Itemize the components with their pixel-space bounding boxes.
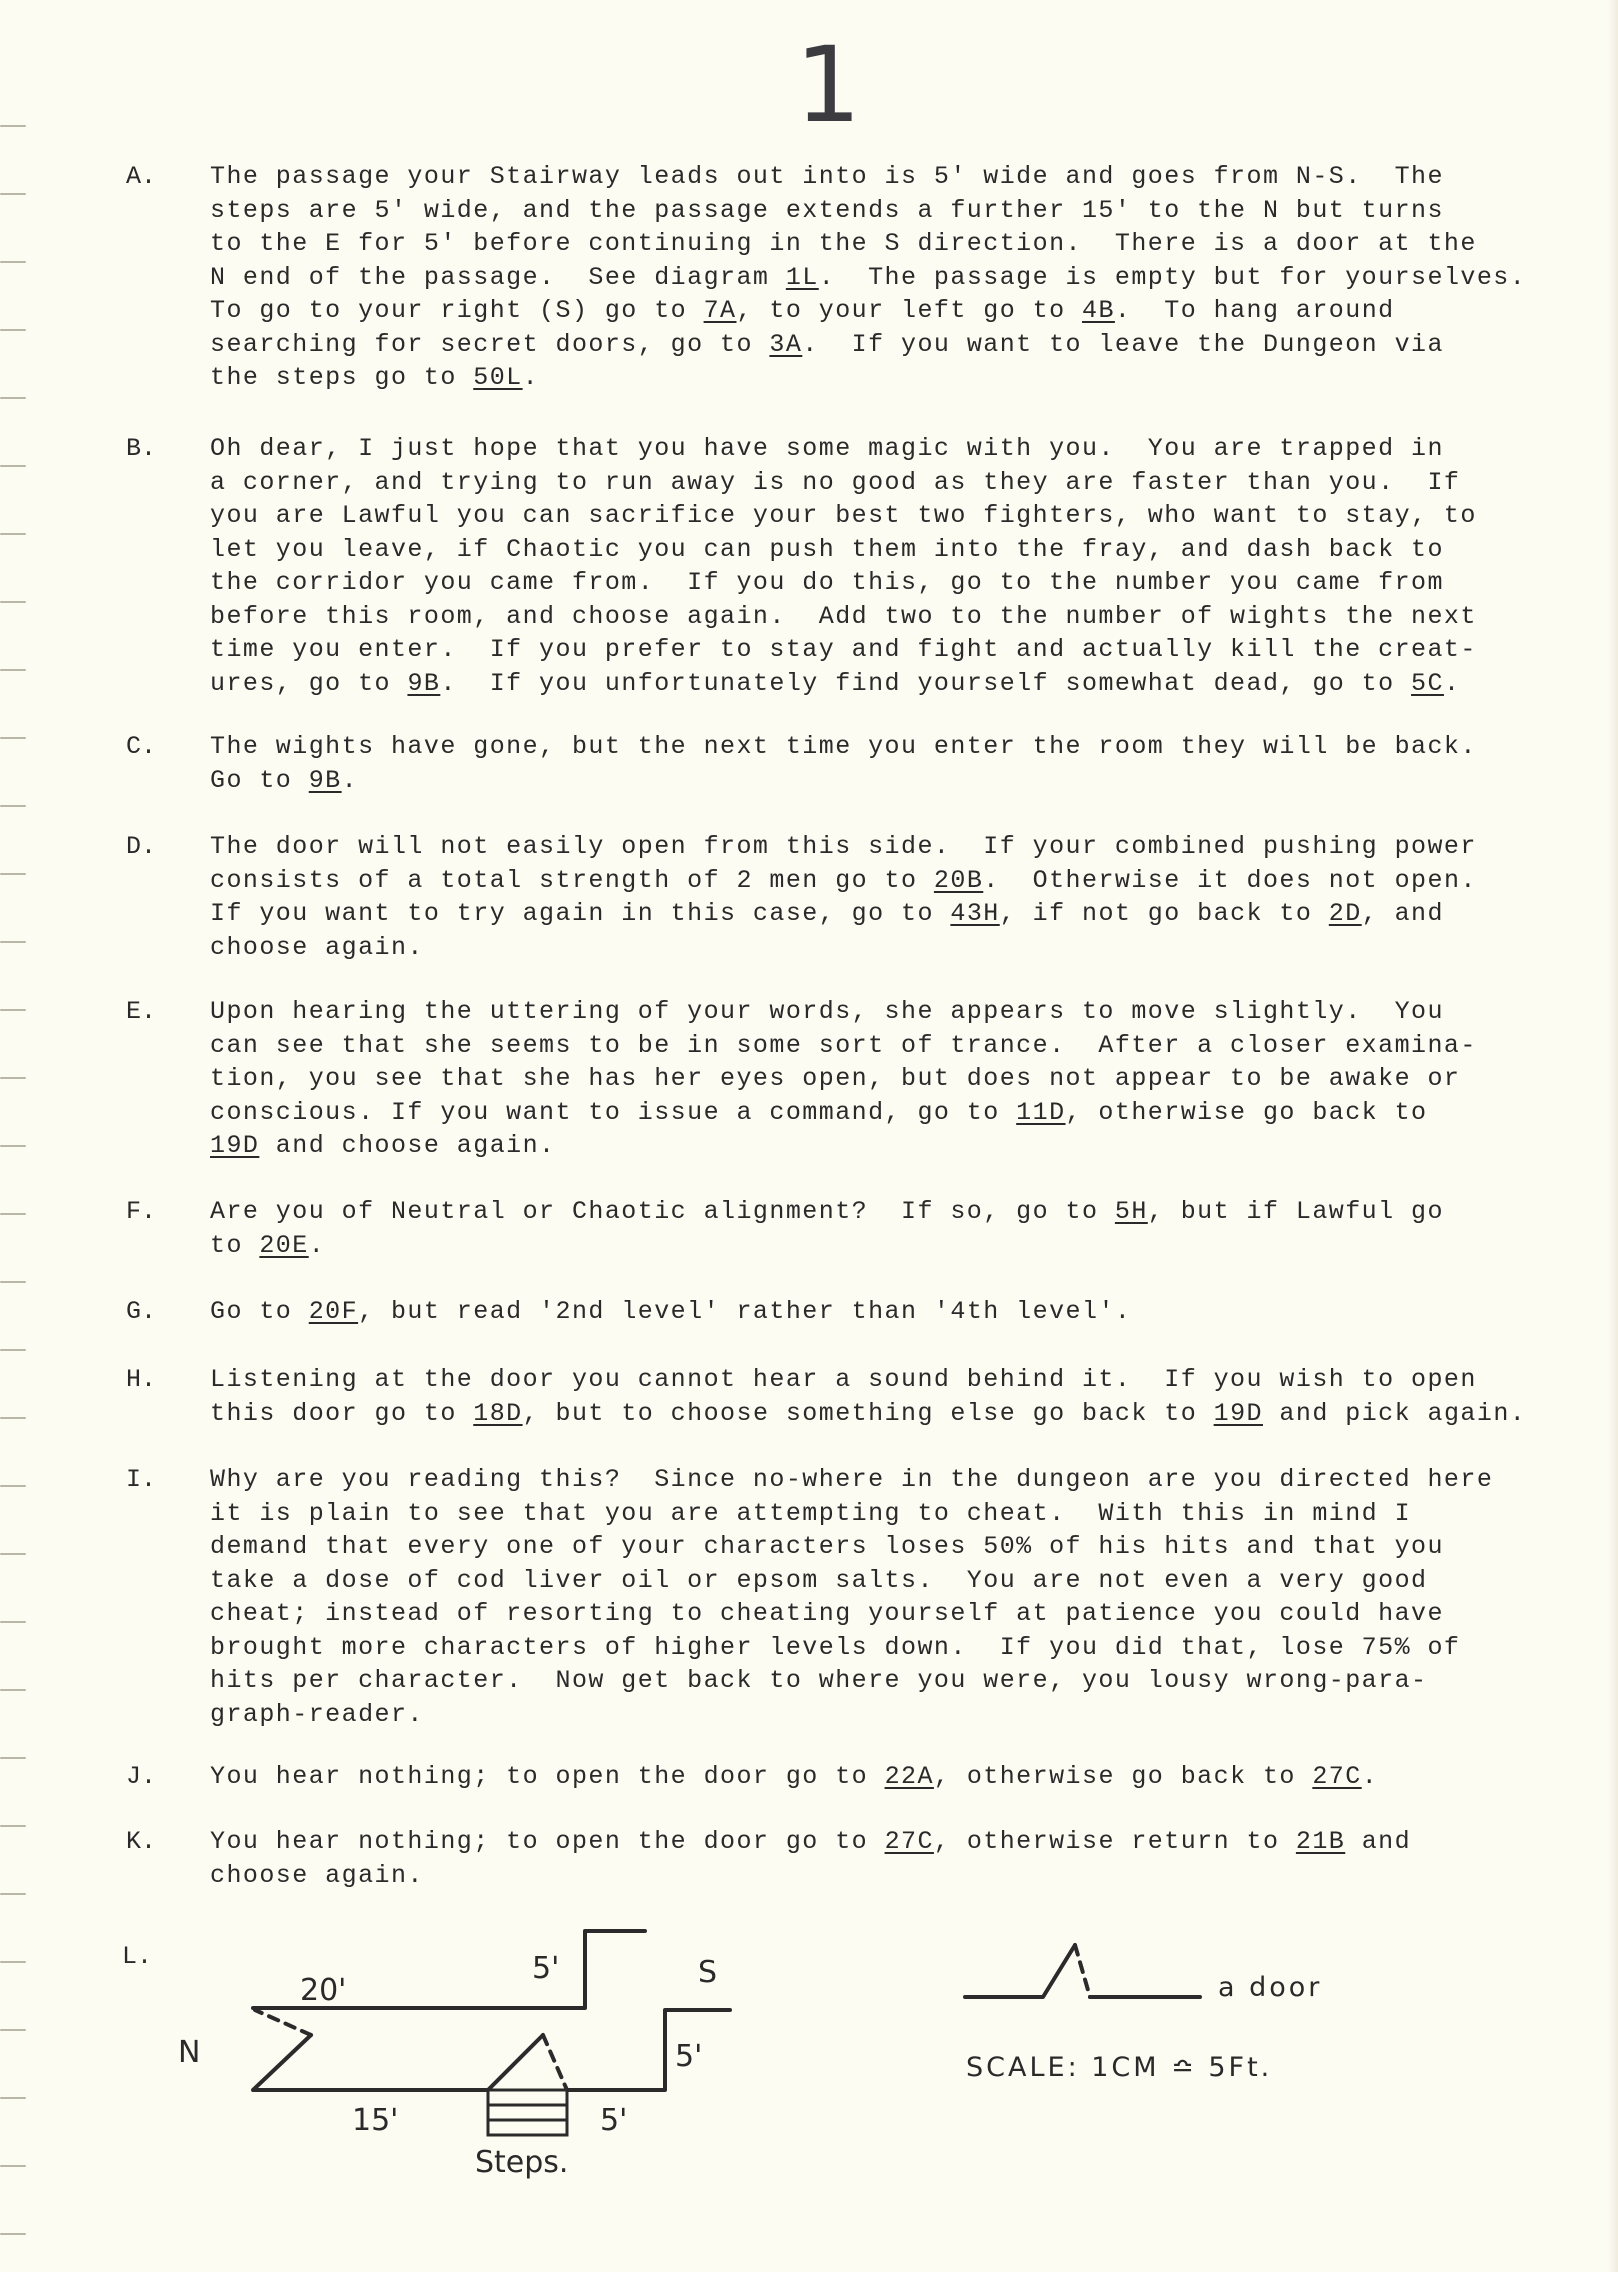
label-jog-right: 5' <box>675 2039 702 2074</box>
door-legend-icon <box>965 1945 1200 1997</box>
steps-icon <box>488 2090 567 2135</box>
label-bottom-right: 5' <box>600 2103 627 2138</box>
label-jog-top: 5' <box>532 1951 559 1986</box>
wall-bottom <box>253 2035 488 2090</box>
door-legend-text: a door <box>1218 1972 1322 2003</box>
north-door-dashed <box>255 2010 311 2035</box>
label-steps: Steps. <box>475 2145 568 2180</box>
scale-legend-text: SCALE: 1CM ≏ 5Ft. <box>966 2052 1272 2083</box>
dungeon-map-diagram: 20' 5' S N 5' 15' 5' Steps. a door SCALE… <box>0 0 1618 2272</box>
label-south: S <box>698 1955 717 1990</box>
wall-right <box>567 2010 730 2090</box>
steps-door-dashed <box>543 2035 567 2090</box>
label-north: N <box>178 2035 200 2070</box>
label-bottom-left: 15' <box>352 2103 398 2138</box>
steps-door-leaf <box>488 2035 543 2090</box>
label-top-length: 20' <box>300 1973 346 2008</box>
